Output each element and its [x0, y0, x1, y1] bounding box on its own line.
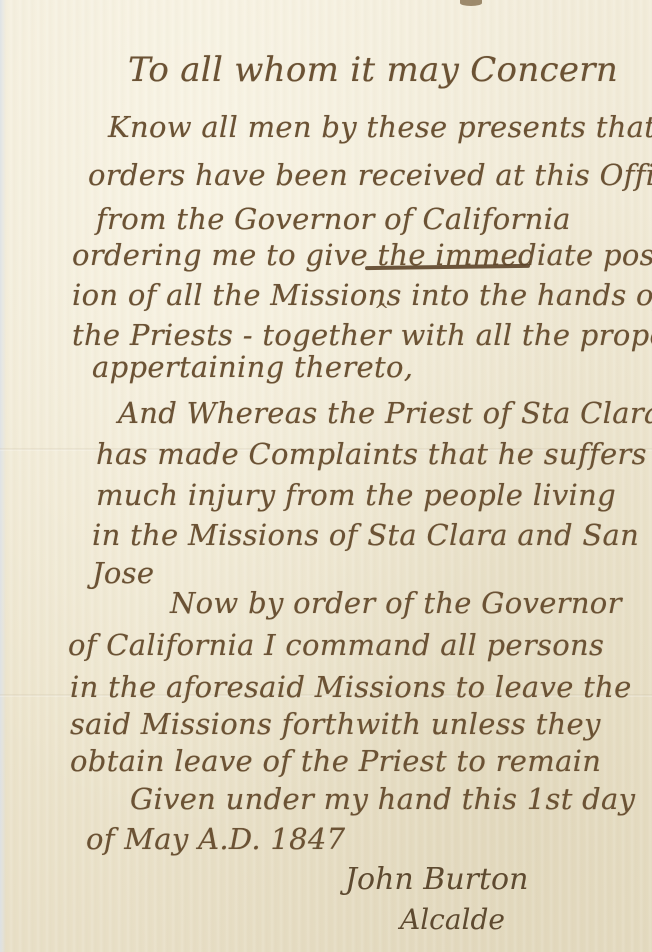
document-page: To all whom it may Concern Know all men … [0, 0, 652, 952]
text-line: has made Complaints that he suffers [96, 437, 647, 471]
ink-blot [460, 0, 482, 6]
text-line: orders have been received at this Office [88, 158, 652, 192]
paper-edge [0, 0, 6, 952]
text-line: in the Missions of Sta Clara and San [92, 518, 639, 552]
text-line: of May A.D. 1847 [86, 822, 345, 856]
text-line: Given under my hand this 1st day [130, 782, 635, 816]
signature-name: John Burton [345, 862, 528, 897]
text-line: ion of all the Missions into the hands o… [72, 278, 652, 312]
document-heading: To all whom it may Concern [128, 50, 618, 90]
text-line: said Missions forthwith unless they [70, 707, 601, 741]
text-line: Know all men by these presents that [108, 110, 652, 144]
signature-title: Alcalde [400, 903, 505, 936]
text-line: ordering me to give the immediate posses… [72, 238, 652, 272]
text-line: from the Governor of California [96, 202, 571, 236]
text-line: the Priests - together with all the prop… [72, 318, 652, 352]
text-line: Now by order of the Governor [170, 586, 622, 620]
text-line: of California I command all persons [68, 628, 604, 662]
text-line: much injury from the people living [96, 478, 616, 512]
text-line: And Whereas the Priest of Sta Clara [118, 396, 652, 430]
text-line: obtain leave of the Priest to remain [70, 744, 601, 778]
text-line: in the aforesaid Missions to leave the [70, 670, 632, 704]
text-line: Jose [92, 556, 154, 590]
text-line: appertaining thereto, [92, 350, 413, 384]
